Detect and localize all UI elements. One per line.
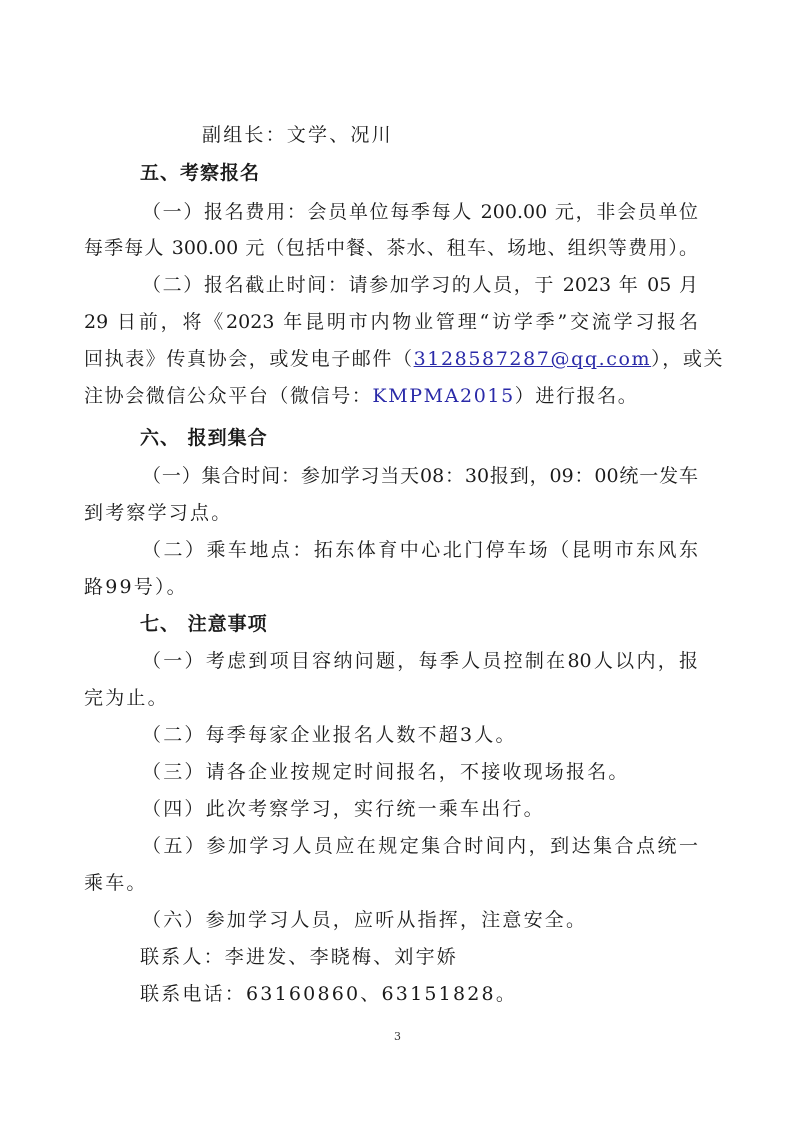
registration-fee-line-1: （一）报名费用：会员单位每季每人 200.00 元，非会员单位 bbox=[142, 200, 698, 224]
wechat-id: KMPMA2015 bbox=[372, 385, 514, 407]
note-4: （四）此次考察学习，实行统一乘车出行。 bbox=[142, 797, 545, 821]
page-number: 3 bbox=[394, 1030, 401, 1044]
boarding-location-line-1: （二）乘车地点：拓东体育中心北门停车场（昆明市东风东 bbox=[142, 538, 698, 562]
note-6: （六）参加学习人员，应听从指挥，注意安全。 bbox=[142, 908, 587, 932]
contact-phone: 联系电话：63160860、63151828。 bbox=[140, 982, 517, 1006]
email-link[interactable]: 3128587287@qq.com bbox=[414, 348, 652, 370]
deadline-line-1: （二）报名截止时间：请参加学习的人员，于 2023 年 05 月 bbox=[142, 273, 698, 297]
note-1-line-1: （一）考虑到项目容纳问题，每季人员控制在80人以内，报 bbox=[142, 649, 698, 673]
deadline-line-3: 回执表》传真协会，或发电子邮件（3128587287@qq.com），或关 bbox=[84, 347, 724, 371]
assembly-time-line-2: 到考察学习点。 bbox=[84, 501, 232, 525]
section-heading-assembly: 六、 报到集合 bbox=[140, 426, 268, 450]
deadline-line-3-prefix: 回执表》传真协会，或发电子邮件（ bbox=[84, 348, 414, 370]
contact-persons: 联系人：李进发、李晓梅、刘宇娇 bbox=[140, 945, 458, 969]
note-5-line-2: 乘车。 bbox=[84, 871, 148, 895]
section-heading-notes: 七、 注意事项 bbox=[140, 612, 268, 636]
deadline-line-4-prefix: 注协会微信公众平台（微信号： bbox=[84, 385, 372, 407]
note-5-line-1: （五）参加学习人员应在规定集合时间内，到达集合点统一 bbox=[142, 834, 698, 858]
deputy-leader-line: 副组长：文学、况川 bbox=[202, 123, 393, 147]
deadline-line-4: 注协会微信公众平台（微信号：KMPMA2015）进行报名。 bbox=[84, 384, 638, 408]
note-1-line-2: 完为止。 bbox=[84, 686, 169, 710]
deadline-line-2: 29 日前，将《2023 年昆明市内物业管理“访学季”交流学习报名 bbox=[84, 310, 698, 334]
deadline-line-3-suffix: ），或关 bbox=[651, 348, 724, 370]
registration-fee-line-2: 每季每人 300.00 元（包括中餐、茶水、租车、场地、组织等费用）。 bbox=[84, 236, 698, 260]
note-2: （二）每季每家企业报名人数不超3人。 bbox=[142, 723, 517, 747]
note-3: （三）请各企业按规定时间报名，不接收现场报名。 bbox=[142, 760, 630, 784]
assembly-time-line-1: （一）集合时间：参加学习当天08：30报到，09：00统一发车 bbox=[142, 464, 698, 488]
section-heading-registration: 五、考察报名 bbox=[140, 161, 260, 185]
boarding-location-line-2: 路99号）。 bbox=[84, 575, 188, 599]
document-page: 副组长：文学、况川 五、考察报名 （一）报名费用：会员单位每季每人 200.00… bbox=[0, 0, 794, 1123]
deadline-line-4-suffix: ）进行报名。 bbox=[515, 385, 639, 407]
